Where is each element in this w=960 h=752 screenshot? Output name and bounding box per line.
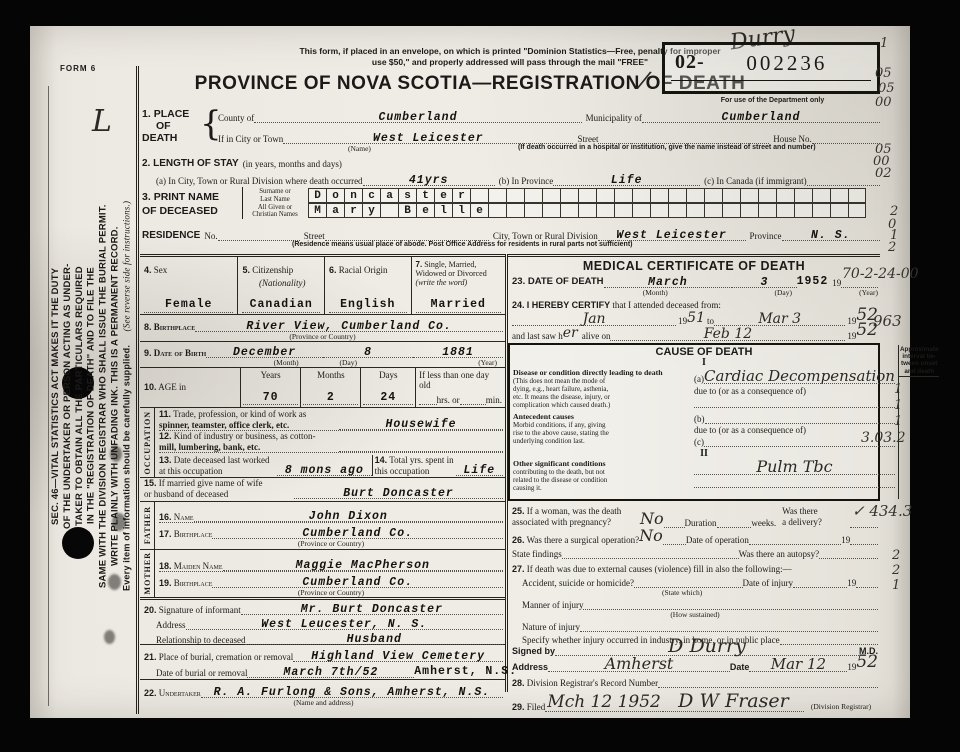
registrar-signature-field: D W Fraser: [663, 688, 804, 712]
statute-line: SEC. 46—VITAL STATISTICS ACT MAKES IT TH…: [50, 96, 62, 696]
antecedent-note: Morbid conditions, if any, giving: [513, 421, 691, 429]
statute-footer: Every item of information should be care…: [121, 96, 132, 696]
informant-relationship-label: Relationship to deceased: [144, 635, 245, 645]
row-burial: 21. Place of burial, cremation or remova…: [140, 645, 505, 680]
attended-from-value: Jan: [583, 311, 606, 327]
row-signed: Signed by D Durry M.D. Address Amherst D…: [508, 638, 880, 672]
letter-cell: n: [344, 188, 362, 203]
residence-no-field: [218, 226, 300, 241]
statute-line: WRITE PLAINLY WITH UNFADING INK. THIS IS…: [109, 96, 121, 696]
residence-street-label: Street: [304, 231, 325, 241]
total-years-value: Life: [464, 464, 496, 477]
city-town-field: West Leicester: [283, 127, 573, 144]
margin-number: 2: [892, 548, 900, 563]
surname-sublabel: Surname orLast Name: [245, 188, 305, 203]
row-date-of-death: 23. DATE OF DEATH March 3 1952 19 (Month…: [508, 273, 880, 297]
citizenship-value: Canadian: [250, 298, 313, 311]
age-label: 10. AGE in: [140, 368, 240, 407]
undertaker-note: (Name and address): [144, 698, 503, 707]
weeks-label: weeks.: [751, 518, 776, 528]
delivery-label: Was therea delivery?: [776, 506, 850, 528]
section-length-of-stay: 2. LENGTH OF STAY (in years, months and …: [142, 154, 880, 186]
stay-b-field: Life: [553, 171, 700, 186]
row-occupation: OCCUPATION 11. Trade, profession, or kin…: [140, 408, 505, 478]
letter-cell: [380, 203, 398, 218]
year-prefix: 19: [847, 316, 856, 326]
stay-b-label: (b) In Province: [499, 176, 553, 186]
last-saw-label: and last saw h: [512, 331, 563, 341]
physician-signature: D Durry: [668, 635, 746, 657]
row-spouse: 15. If married give name of wife or husb…: [140, 478, 505, 502]
birthplace-field: River View, Cumberland Co.: [195, 315, 503, 332]
birth-year-field: 1881: [413, 342, 503, 358]
margin-number: 2: [888, 240, 896, 255]
filed-date: Mch 12 1952: [547, 693, 661, 713]
age-years-cell: Years 70: [240, 368, 300, 407]
autopsy-field: [819, 545, 878, 559]
stay-label: 2. LENGTH OF STAY: [142, 158, 239, 170]
county-field: Cumberland: [254, 106, 581, 123]
duration-field: [717, 504, 752, 528]
operation-date-label: Date of operation: [686, 535, 749, 545]
letter-cell: [578, 188, 596, 203]
last-saw-pronoun: er: [563, 325, 578, 341]
birth-month-field: December: [206, 342, 323, 358]
direct-cause-note: etc. It means the disease, injury, or: [513, 393, 691, 401]
mother-side-label: MOTHER: [140, 550, 155, 597]
birth-day: 8: [364, 346, 372, 359]
age-hours-cell: If less than one day old hrs. ormin.: [415, 368, 505, 407]
scan-fold-line: [48, 86, 49, 706]
margin-code-certify: 70-2-24-00: [842, 266, 919, 282]
state-which-note: (State which): [512, 588, 878, 597]
year-note: (Year): [398, 358, 505, 367]
letter-cell: t: [416, 188, 434, 203]
physician-signature-field: D Durry: [555, 638, 859, 656]
stay-a-label: (a) In City, Town or Rural Division wher…: [142, 176, 363, 186]
letter-cell: [776, 203, 794, 218]
cause-a-value: Cardiac Decompensation: [704, 368, 895, 385]
section-place-of-death: 1. PLACE OF DEATH { County of Cumberland…: [142, 106, 880, 154]
cause-direct-section: Disease or condition directly leading to…: [513, 368, 895, 409]
cause-a-label: (a): [694, 374, 704, 384]
margin-code-other: 3.03.2: [861, 430, 906, 446]
residence-note: (Residence means usual place of abode. P…: [292, 241, 633, 248]
letter-cell: [722, 203, 740, 218]
attended-to-value: Mar 3: [758, 311, 801, 327]
burial-date: March 7th/52: [283, 666, 378, 679]
row-age: 10. AGE in Years 70 Months 2 Days: [140, 368, 505, 408]
antecedent-label: Antecedent causes: [513, 412, 691, 421]
other-conditions-note: causing it.: [513, 484, 691, 492]
total-years-field: Life: [456, 453, 503, 476]
birth-day-field: 8: [323, 342, 413, 358]
division-value: West Leicester: [616, 229, 727, 242]
municipality-label: Municipality of: [586, 113, 642, 123]
injury-date-label: Date of injury: [743, 578, 793, 588]
antecedent-note: rise to the above cause, stating the: [513, 429, 691, 437]
county-label: County of: [218, 113, 254, 123]
sidebar-divider-rule: [136, 66, 139, 714]
section-print-name: 3. PRINT NAME OF DECEASED Surname orLast…: [142, 187, 880, 219]
trade-field: Housewife: [339, 409, 503, 430]
signed-year: 52: [856, 652, 878, 672]
letter-cell: y: [362, 203, 380, 218]
state-findings-label: State findings: [512, 549, 562, 559]
death-month-field: March: [604, 273, 733, 288]
birth-month: December: [233, 346, 296, 359]
letter-cell: [794, 188, 812, 203]
letter-cell: B: [398, 203, 416, 218]
margin-number: 00: [875, 95, 892, 110]
letter-cell: c: [362, 188, 380, 203]
stay-a-field: 41yrs: [363, 171, 495, 186]
letter-cell: [488, 203, 506, 218]
province-field: N. S.: [782, 226, 881, 241]
letter-cell: s: [398, 188, 416, 203]
margin-number: 1: [880, 36, 888, 51]
father-side-label: FATHER: [140, 502, 155, 549]
surname-letter-grid: Doncaster: [308, 188, 880, 203]
spouse-field: Burt Doncaster: [294, 478, 503, 499]
letter-cell: [578, 203, 596, 218]
other-conditions-value: Pulm Tbc: [756, 457, 832, 476]
statute-sidebar: SEC. 46—VITAL STATISTICS ACT MAKES IT TH…: [50, 96, 136, 696]
margin-number: 05: [875, 66, 892, 81]
house-no-field: [812, 127, 880, 144]
row-mother: MOTHER 18. Maiden Name Maggie MacPherson…: [140, 550, 505, 600]
physician-address-field: Amherst: [548, 656, 730, 672]
statute-line: TAKER TO OBTAIN ALL THE PARTICULARS REQU…: [74, 96, 86, 696]
state-findings-field: [562, 545, 739, 559]
day-note: (Day): [299, 358, 398, 367]
stay-c-field: [807, 171, 880, 186]
attended-to-field: Mar 3: [714, 310, 845, 326]
letter-cell: e: [434, 188, 452, 203]
letter-cell: [614, 203, 632, 218]
letter-cell: [848, 203, 866, 218]
letter-cell: [758, 188, 776, 203]
letter-cell: [650, 203, 668, 218]
letter-cell: l: [452, 203, 470, 218]
death-day-note: (Day): [738, 288, 828, 297]
letter-cell: [758, 203, 776, 218]
informant-signature: Mr. Burt Doncaster: [301, 603, 443, 616]
row-certify: 24. I HEREBY CERTIFY that I attended dec…: [508, 297, 880, 341]
form-body: 1. PLACE OF DEATH { County of Cumberland…: [140, 26, 880, 718]
field-trade: 11. Trade, profession, or kind of work a…: [159, 409, 503, 431]
age-months: 2: [303, 391, 358, 405]
letter-cell: [542, 188, 560, 203]
mother-birthplace-value: Cumberland Co.: [302, 576, 413, 589]
field-mother-birthplace: 19. Birthplace Cumberland Co. (Province …: [159, 572, 503, 598]
letter-cell: [830, 188, 848, 203]
age-months-cell: Months 2: [300, 368, 360, 407]
letter-cell: l: [434, 203, 452, 218]
medical-certificate-title: MEDICAL CERTIFICATE OF DEATH: [508, 257, 880, 273]
margin-number: 2: [892, 563, 900, 578]
year-prefix: 19: [847, 662, 856, 672]
direct-cause-label: Disease or condition directly leading to…: [513, 368, 691, 377]
letter-cell: [848, 188, 866, 203]
print-name-label: 3. PRINT NAME OF DECEASED: [142, 187, 242, 219]
signed-by-label: Signed by: [512, 646, 555, 656]
city-town-label: If in City or Town: [218, 134, 283, 144]
due-to-label2: due to (or as a consequence of): [694, 425, 806, 435]
attended-from-year: 51: [687, 310, 705, 326]
letter-cell: e: [470, 203, 488, 218]
letter-cell: [776, 188, 794, 203]
mother-name-value: Maggie MacPherson: [296, 559, 430, 572]
margin-code: 963: [873, 312, 902, 330]
part-two-marker: II: [513, 449, 895, 459]
name-note: (Name): [348, 144, 371, 153]
field-last-worked: 13. Date deceased last worked at this oc…: [159, 453, 503, 476]
row-birth-date: 9. Date of Birth December 8 1881 (Month)…: [140, 342, 505, 368]
letter-cell: [794, 203, 812, 218]
mother-name-field: Maggie MacPherson: [223, 551, 503, 571]
marital-value: Married: [431, 298, 486, 311]
alive-on-label: alive on: [582, 331, 611, 341]
margin-code-operation: ✓ 434.3: [852, 502, 912, 520]
burial-place-field: Highland View Cemetery: [293, 645, 503, 662]
birth-year: 1881: [442, 346, 474, 359]
margin-number: 02: [875, 166, 892, 181]
mother-birthplace-field: Cumberland Co.: [212, 572, 503, 588]
birthplace-note: (Province or Country): [140, 332, 505, 341]
occupation-side-label: OCCUPATION: [140, 408, 155, 477]
left-column: 4. Sex Female 5. Citizenship (Nationalit…: [140, 254, 505, 692]
undertaker-field: R. A. Furlong & Sons, Amherst, N.S.: [201, 682, 503, 698]
letter-cell: a: [380, 188, 398, 203]
death-year: 1952: [797, 275, 829, 288]
statute-line: SAME WITH THE DIVISION REGISTRAR WHO SHA…: [98, 96, 110, 696]
nature-label: Nature of injury: [512, 622, 580, 632]
scanned-death-registration: FORM 6 L SEC. 46—VITAL STATISTICS ACT MA…: [0, 0, 960, 752]
industry-field: [339, 431, 503, 452]
manner-label: Manner of injury: [512, 600, 583, 610]
injury-date-field: [793, 574, 847, 588]
letter-cell: [740, 188, 758, 203]
row-undertaker: 22. Undertaker R. A. Furlong & Sons, Amh…: [140, 680, 505, 710]
given-sublabel: All Given orChristian Names: [245, 204, 305, 219]
letter-cell: [812, 188, 830, 203]
informant-relationship-field: Husband: [245, 630, 503, 645]
residence-label: RESIDENCE: [142, 230, 200, 242]
letter-cell: o: [326, 188, 344, 203]
birthplace-value: River View, Cumberland Co.: [246, 320, 451, 333]
interval-column: Approximate interval be- tween onset and…: [898, 345, 940, 499]
signed-date: Mar 12: [771, 655, 826, 673]
burial-place-city: Amherst, N.S.: [414, 665, 517, 678]
given-name-letter-grid: MaryBelle: [308, 203, 880, 218]
informant-signature-field: Mr. Burt Doncaster: [241, 600, 503, 615]
accident-field: [634, 574, 743, 588]
letter-cell: [704, 203, 722, 218]
informant-address-label: Address: [144, 620, 186, 630]
letter-cell: [650, 188, 668, 203]
how-sustained-note: (How sustained): [512, 610, 878, 619]
margin-number: 1: [894, 382, 902, 397]
death-year-note: (Year): [828, 288, 878, 297]
last-saw-value: Feb 12: [704, 326, 752, 342]
letter-cell: [686, 188, 704, 203]
direct-cause-note: (This does not mean the mode of: [513, 377, 691, 385]
other-conditions-label: Other significant conditions: [513, 459, 691, 468]
letter-cell: [542, 203, 560, 218]
field-industry: 12. Kind of industry or business, as cot…: [159, 431, 503, 453]
year-prefix: 19: [847, 578, 856, 588]
row-pregnancy: 25. If a woman, was the death associated…: [508, 504, 880, 528]
physician-address: Amherst: [605, 654, 674, 673]
other-conditions-note: contributing to the death, but not: [513, 468, 691, 476]
letter-cell: [668, 203, 686, 218]
last-saw-field: Feb 12: [610, 326, 845, 341]
row-external-causes: 27. If death was due to external causes …: [508, 561, 880, 638]
stay-b-value: Life: [611, 174, 643, 187]
record-number-field: [658, 672, 878, 688]
margin-number: 05: [878, 81, 895, 96]
father-birthplace-note: (Province or Country): [159, 539, 503, 548]
street-field: [598, 127, 769, 144]
signed-date-field: Mar 12: [749, 656, 847, 672]
row-informant: 20. Signature of informant Mr. Burt Donc…: [140, 600, 505, 645]
division-label: City, Town or Rural Division: [493, 231, 598, 241]
age-days-cell: Days 24: [360, 368, 415, 407]
field-marital-status: 7. Single, Married, Widowed or Divorced …: [412, 257, 505, 314]
letter-cell: [470, 188, 488, 203]
last-worked-value: 8 mons ago: [285, 464, 364, 477]
letter-cell: [632, 188, 650, 203]
field-sex: 4. Sex Female: [140, 257, 238, 314]
paper-sheet: FORM 6 L SEC. 46—VITAL STATISTICS ACT MA…: [30, 26, 910, 718]
cause-other-section: Other significant conditions contributin…: [513, 459, 895, 492]
margin-number: 1: [894, 414, 902, 429]
letter-cell: [506, 188, 524, 203]
attended-from-field: Jan: [512, 310, 676, 326]
margin-number: 1: [892, 578, 900, 593]
direct-cause-note: dying, e.g., heart failure, asthenia,: [513, 385, 691, 393]
row-record-number: 28. Division Registrar's Record Number: [508, 672, 880, 688]
county-value: Cumberland: [378, 111, 457, 124]
field-racial-origin: 6. Racial Origin English: [325, 257, 412, 314]
letter-cell: [686, 203, 704, 218]
field-father-birthplace: 17. Birthplace Cumberland Co. (Province …: [159, 523, 503, 549]
letter-cell: e: [416, 203, 434, 218]
house-no-label: House No.: [773, 134, 812, 144]
brace-glyph: {: [200, 104, 222, 144]
cause-b-label: (b): [694, 414, 705, 424]
letter-cell: a: [326, 203, 344, 218]
letter-cell: [488, 188, 506, 203]
registrar-signature: D W Fraser: [678, 691, 789, 713]
place-of-death-label: 1. PLACE OF DEATH: [142, 108, 202, 144]
row-personal: 4. Sex Female 5. Citizenship (Nationalit…: [140, 257, 505, 315]
operation-value: No: [639, 527, 663, 545]
cause-b-field: [705, 412, 895, 424]
duration-label: Duration: [685, 518, 717, 528]
stay-label-suffix: (in years, months and days): [243, 159, 342, 169]
letter-cell: [668, 188, 686, 203]
municipality-field: Cumberland: [642, 106, 880, 123]
citizenship-sublabel: (Nationality): [242, 278, 322, 288]
informant-address: West Leucester, N. S.: [261, 618, 427, 631]
stay-a-value: 41yrs: [409, 174, 449, 187]
form-number-label: FORM 6: [60, 64, 96, 73]
manner-field: [583, 597, 878, 610]
letter-cell: r: [344, 203, 362, 218]
death-month-note: (Month): [512, 288, 738, 297]
burial-place: Highland View Cemetery: [311, 650, 485, 663]
letter-cell: [740, 203, 758, 218]
cause-a-field: Cardiac Decompensation: [704, 368, 895, 384]
letter-cell: [560, 188, 578, 203]
cause-of-death-box: CAUSE OF DEATH I Disease or condition di…: [508, 343, 880, 501]
section-residence: RESIDENCE No. Street City, Town or Rural…: [142, 226, 880, 252]
letter-cell: [596, 188, 614, 203]
letter-cell: D: [308, 188, 326, 203]
field-father-name: 16. Name John Dixon: [159, 503, 503, 523]
other-conditions-note: related to the disease or condition: [513, 476, 691, 484]
mother-birthplace-note: (Province or Country): [159, 588, 503, 597]
age-years: 70: [243, 391, 298, 405]
year-prefix: 19: [847, 331, 856, 341]
hospital-note: (If death occurred in a hospital or inst…: [518, 144, 816, 151]
nature-field: [580, 619, 878, 632]
direct-cause-note: complication which caused death.): [513, 401, 691, 409]
physician-address-label: Address: [512, 662, 548, 672]
right-column: MEDICAL CERTIFICATE OF DEATH 23. DATE OF…: [508, 254, 880, 692]
division-field: West Leicester: [598, 226, 746, 241]
residence-no-label: No.: [204, 231, 217, 241]
row-father: FATHER 16. Name John Dixon 17. Birthplac…: [140, 502, 505, 550]
street-label: Street: [577, 134, 598, 144]
letter-cell: [506, 203, 524, 218]
residence-street-field: [325, 226, 489, 241]
interval-header: Approximate interval be- tween onset and…: [899, 345, 940, 377]
operation-date-field: [749, 528, 841, 545]
antecedent-note: underlying condition last.: [513, 437, 691, 445]
cause-c-label: (c): [694, 437, 704, 447]
letter-cell: [524, 188, 542, 203]
burial-date-field: March 7th/52: [247, 662, 414, 678]
margin-number: 1: [894, 398, 902, 413]
letter-cell: [524, 203, 542, 218]
cause-antecedent-section: Antecedent causes Morbid conditions, if …: [513, 412, 895, 447]
print-name-sublabels: Surname orLast Name All Given orChristia…: [242, 187, 308, 219]
sex-value: Female: [165, 298, 212, 311]
autopsy-label: Was there an autopsy?: [739, 549, 820, 559]
statute-line: IN THE "REGISTRATION OF DEATH" AND TO FI…: [86, 96, 98, 696]
province-value: N. S.: [811, 229, 851, 242]
undertaker-value: R. A. Furlong & Sons, Amherst, N.S.: [214, 686, 491, 699]
to-label: to: [707, 316, 714, 326]
row-birthplace: 8. Birthplace River View, Cumberland Co.…: [140, 315, 505, 342]
row-operation: 26. Was there a surgical operation? No D…: [508, 528, 880, 561]
father-birthplace-field: Cumberland Co.: [212, 523, 503, 539]
filed-date-field: Mch 12 1952: [545, 688, 663, 712]
accident-label: Accident, suicide or homicide?: [512, 578, 634, 588]
letter-cell: M: [308, 203, 326, 218]
division-registrar-note: (Division Registrar): [804, 703, 878, 712]
stay-c-label: (c) In Canada (if immigrant): [704, 176, 806, 186]
row-filed: 29. Filed Mch 12 1952 D W Fraser (Divisi…: [508, 688, 880, 712]
age-days: 24: [363, 391, 413, 405]
letter-cell: [722, 188, 740, 203]
year-prefix: 19: [832, 278, 841, 288]
spouse-value: Burt Doncaster: [343, 487, 454, 500]
reverse-side-note: (See reverse side for instructions.): [121, 201, 131, 332]
